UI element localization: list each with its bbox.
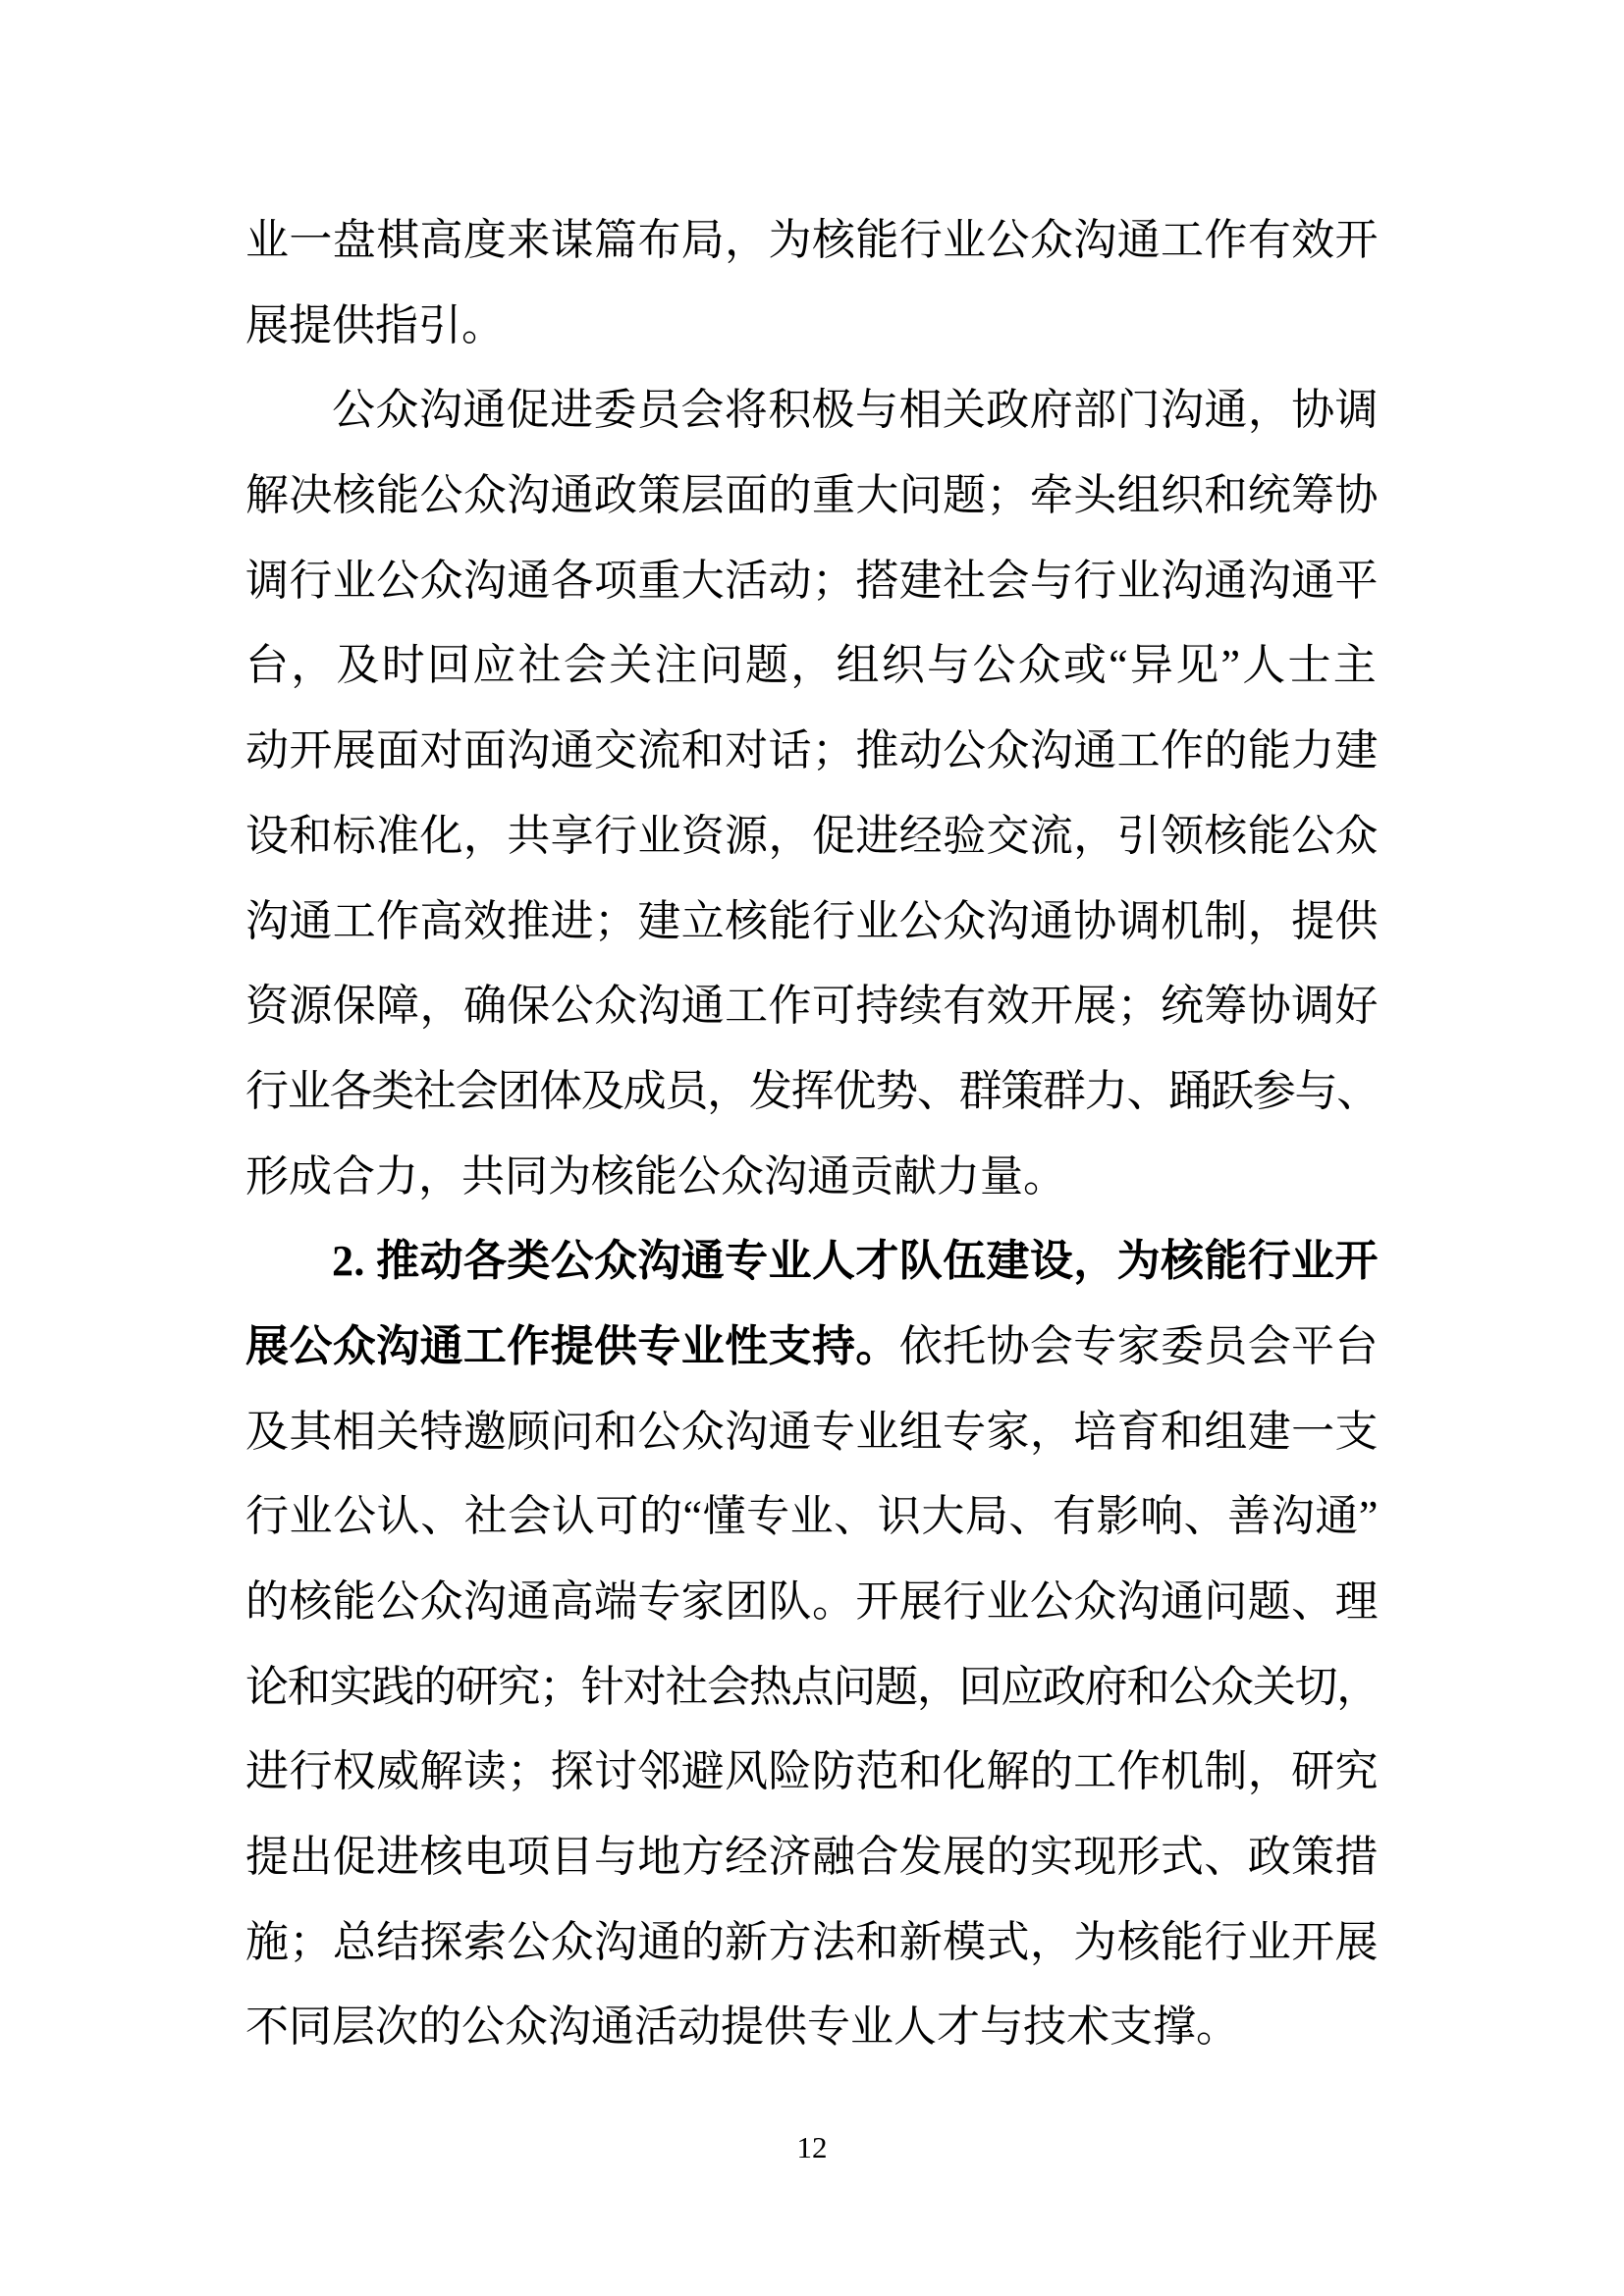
text-run: 展提供指引。 (245, 301, 505, 349)
text-line: 业一盘棋高度来谋篇布局，为核能行业公众沟通工作有效开 (245, 198, 1379, 284)
text-line: 台，及时回应社会关注问题，组织与公众或“异见”人士主 (245, 623, 1379, 709)
text-run-group: 动开展面对面沟通交流和对话；推动公众沟通工作的能力建 (245, 726, 1379, 774)
text-run-group: 设和标准化，共享行业资源，促进经验交流，引领核能公众 (245, 812, 1379, 860)
text-run: 的核能公众沟通高端专家团队。开展行业公众沟通问题、理 (245, 1577, 1379, 1626)
text-run-group: 公众沟通促进委员会将积极与相关政府部门沟通，协调 (332, 386, 1379, 434)
text-run-group: 施；总结探索公众沟通的新方法和新模式，为核能行业开展 (245, 1918, 1379, 1966)
text-run: 提出促进核电项目与地方经济融合发展的实现形式、政策措 (245, 1833, 1379, 1881)
text-run: 调行业公众沟通各项重大活动；搭建社会与行业沟通沟通平 (245, 557, 1379, 605)
text-run-group: 行业公认、社会认可的“懂专业、识大局、有影响、善沟通” (245, 1492, 1379, 1540)
text-line: 公众沟通促进委员会将积极与相关政府部门沟通，协调 (245, 368, 1379, 454)
text-run-group: 2. 推动各类公众沟通专业人才队伍建设，为核能行业开 (332, 1237, 1379, 1285)
text-run-bold: 2. 推动各类公众沟通专业人才队伍建设，为核能行业开 (332, 1237, 1379, 1285)
text-line: 设和标准化，共享行业资源，促进经验交流，引领核能公众 (245, 794, 1379, 880)
text-line: 提出促进核电项目与地方经济融合发展的实现形式、政策措 (245, 1815, 1379, 1900)
text-line: 展提供指引。 (245, 284, 1379, 369)
text-line: 沟通工作高效推进；建立核能行业公众沟通协调机制，提供 (245, 880, 1379, 965)
text-run-group: 提出促进核电项目与地方经济融合发展的实现形式、政策措 (245, 1833, 1379, 1881)
text-run-group: 台，及时回应社会关注问题，组织与公众或“异见”人士主 (245, 641, 1379, 689)
text-run-group: 沟通工作高效推进；建立核能行业公众沟通协调机制，提供 (245, 897, 1379, 945)
text-run-group: 进行权威解读；探讨邻避风险防范和化解的工作机制，研究 (245, 1747, 1379, 1795)
text-line: 资源保障，确保公众沟通工作可持续有效开展；统筹协调好 (245, 964, 1379, 1049)
text-run-group: 解决核能公众沟通政策层面的重大问题；牵头组织和统筹协 (245, 471, 1379, 519)
text-line: 进行权威解读；探讨邻避风险防范和化解的工作机制，研究 (245, 1730, 1379, 1815)
text-run: 行业公认、社会认可的“懂专业、识大局、有影响、善沟通” (245, 1492, 1379, 1540)
text-run-group: 展公众沟通工作提供专业性支持。依托协会专家委员会平台 (245, 1322, 1379, 1370)
text-run: 行业各类社会团体及成员，发挥优势、群策群力、踊跃参与、 (245, 1067, 1379, 1115)
text-run: 论和实践的研究；针对社会热点问题，回应政府和公众关切， (245, 1663, 1379, 1711)
text-run: 公众沟通促进委员会将积极与相关政府部门沟通，协调 (332, 386, 1379, 434)
text-run-group: 形成合力，共同为核能公众沟通贡献力量。 (245, 1152, 1066, 1201)
text-line: 展公众沟通工作提供专业性支持。依托协会专家委员会平台 (245, 1305, 1379, 1390)
text-line: 论和实践的研究；针对社会热点问题，回应政府和公众关切， (245, 1645, 1379, 1731)
text-run-group: 行业各类社会团体及成员，发挥优势、群策群力、踊跃参与、 (245, 1067, 1379, 1115)
text-line: 形成合力，共同为核能公众沟通贡献力量。 (245, 1135, 1379, 1220)
document-body: 业一盘棋高度来谋篇布局，为核能行业公众沟通工作有效开展提供指引。公众沟通促进委员… (245, 198, 1379, 2070)
page-number: 12 (0, 2126, 1624, 2169)
text-run-bold: 展公众沟通工作提供专业性支持。 (245, 1322, 899, 1370)
text-line: 解决核能公众沟通政策层面的重大问题；牵头组织和统筹协 (245, 454, 1379, 539)
text-line: 施；总结探索公众沟通的新方法和新模式，为核能行业开展 (245, 1900, 1379, 1986)
text-run-group: 业一盘棋高度来谋篇布局，为核能行业公众沟通工作有效开 (245, 216, 1379, 264)
text-line: 2. 推动各类公众沟通专业人才队伍建设，为核能行业开 (245, 1219, 1379, 1305)
text-line: 不同层次的公众沟通活动提供专业人才与技术支撑。 (245, 1985, 1379, 2070)
text-run: 形成合力，共同为核能公众沟通贡献力量。 (245, 1152, 1066, 1201)
text-line: 调行业公众沟通各项重大活动；搭建社会与行业沟通沟通平 (245, 539, 1379, 624)
text-line: 动开展面对面沟通交流和对话；推动公众沟通工作的能力建 (245, 709, 1379, 794)
text-run-group: 的核能公众沟通高端专家团队。开展行业公众沟通问题、理 (245, 1577, 1379, 1626)
text-line: 的核能公众沟通高端专家团队。开展行业公众沟通问题、理 (245, 1560, 1379, 1645)
document-page: 业一盘棋高度来谋篇布局，为核能行业公众沟通工作有效开展提供指引。公众沟通促进委员… (0, 0, 1624, 2296)
text-run: 台，及时回应社会关注问题，组织与公众或“异见”人士主 (245, 641, 1379, 689)
text-run: 业一盘棋高度来谋篇布局，为核能行业公众沟通工作有效开 (245, 216, 1379, 264)
text-run: 进行权威解读；探讨邻避风险防范和化解的工作机制，研究 (245, 1747, 1379, 1795)
text-run: 不同层次的公众沟通活动提供专业人才与技术支撑。 (245, 2002, 1239, 2051)
text-run: 解决核能公众沟通政策层面的重大问题；牵头组织和统筹协 (245, 471, 1379, 519)
text-run: 资源保障，确保公众沟通工作可持续有效开展；统筹协调好 (245, 982, 1379, 1030)
text-run: 动开展面对面沟通交流和对话；推动公众沟通工作的能力建 (245, 726, 1379, 774)
text-run: 沟通工作高效推进；建立核能行业公众沟通协调机制，提供 (245, 897, 1379, 945)
text-run-group: 调行业公众沟通各项重大活动；搭建社会与行业沟通沟通平 (245, 557, 1379, 605)
text-line: 行业各类社会团体及成员，发挥优势、群策群力、踊跃参与、 (245, 1049, 1379, 1135)
text-run-group: 不同层次的公众沟通活动提供专业人才与技术支撑。 (245, 2002, 1239, 2051)
text-run: 施；总结探索公众沟通的新方法和新模式，为核能行业开展 (245, 1918, 1379, 1966)
text-line: 及其相关特邀顾问和公众沟通专业组专家，培育和组建一支 (245, 1390, 1379, 1475)
text-run-group: 资源保障，确保公众沟通工作可持续有效开展；统筹协调好 (245, 982, 1379, 1030)
text-run-group: 展提供指引。 (245, 301, 505, 349)
text-run: 依托协会专家委员会平台 (899, 1322, 1379, 1370)
text-line: 行业公认、社会认可的“懂专业、识大局、有影响、善沟通” (245, 1474, 1379, 1560)
text-run-group: 论和实践的研究；针对社会热点问题，回应政府和公众关切， (245, 1663, 1379, 1711)
text-run: 设和标准化，共享行业资源，促进经验交流，引领核能公众 (245, 812, 1379, 860)
text-run: 及其相关特邀顾问和公众沟通专业组专家，培育和组建一支 (245, 1408, 1379, 1456)
text-run-group: 及其相关特邀顾问和公众沟通专业组专家，培育和组建一支 (245, 1408, 1379, 1456)
